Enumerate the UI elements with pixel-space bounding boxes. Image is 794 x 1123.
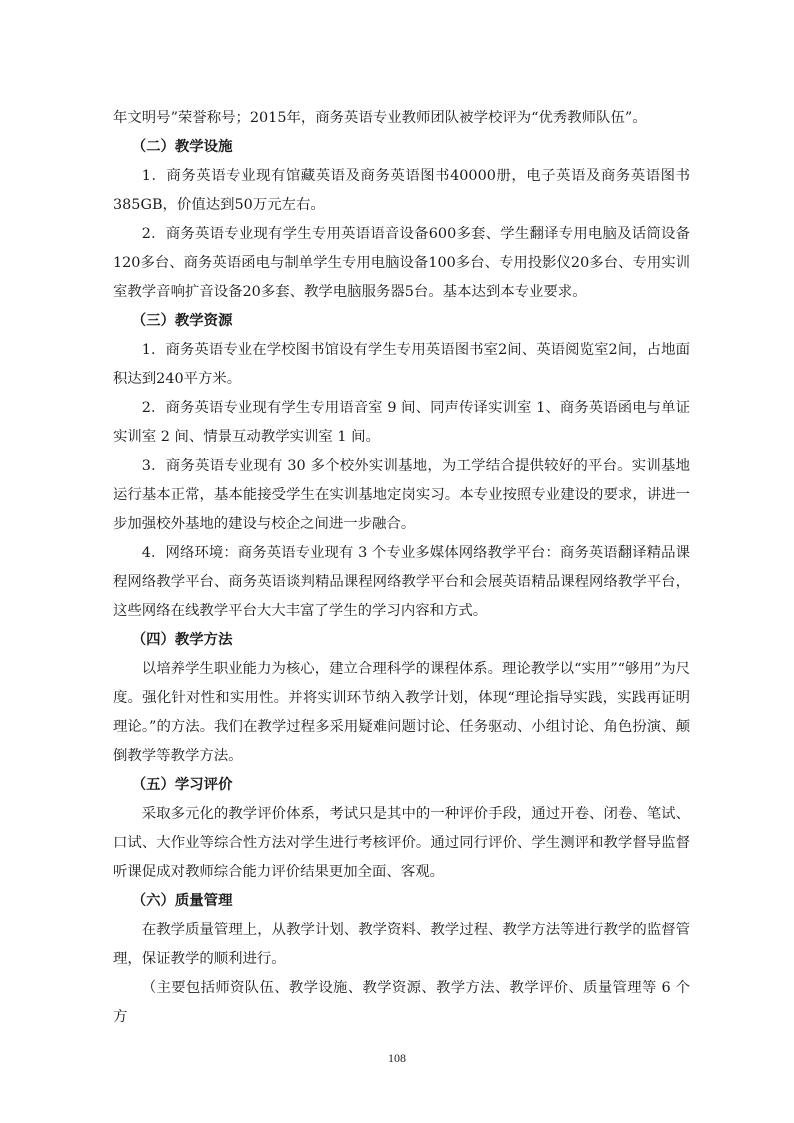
paragraph-resources-4: 4．网络环境：商务英语专业现有 3 个专业多媒体网络教学平台：商务英语翻译精品课… [113,539,690,626]
paragraph-facilities-2: 2．商务英语专业现有学生专用英语语音设备600多套、学生翻译专用电脑及话筒设备1… [113,220,690,307]
paragraph-methods: 以培养学生职业能力为核心，建立合理科学的课程体系。理论教学以“实用”“够用”为尺… [113,655,690,771]
paragraph-resources-3: 3．商务英语专业现有 30 多个校外实训基地，为工学结合提供较好的平台。实训基地… [113,452,690,539]
document-body: 年文明号”荣誉称号；2015年，商务英语专业教师团队被学校评为“优秀教师队伍”。… [113,104,690,1032]
heading-teaching-methods: （四）教学方法 [113,626,690,655]
heading-teaching-facilities: （二）教学设施 [113,133,690,162]
paragraph-evaluation: 采取多元化的教学评价体系，考试只是其中的一种评价手段，通过开卷、闭卷、笔试、口试… [113,800,690,887]
heading-teaching-resources: （三）教学资源 [113,307,690,336]
page-number: 108 [0,1051,794,1066]
paragraph-summary-note: （主要包括师资队伍、教学设施、教学资源、教学方法、教学评价、质量管理等 6 个方 [113,974,690,1032]
paragraph-honors-continuation: 年文明号”荣誉称号；2015年，商务英语专业教师团队被学校评为“优秀教师队伍”。 [113,104,690,133]
paragraph-resources-1: 1．商务英语专业在学校图书馆设有学生专用英语图书室2间、英语阅览室2间，占地面积… [113,336,690,394]
paragraph-facilities-1: 1．商务英语专业现有馆藏英语及商务英语图书40000册，电子英语及商务英语图书3… [113,162,690,220]
heading-quality-management: （六）质量管理 [113,887,690,916]
paragraph-quality-management: 在教学质量管理上，从教学计划、教学资料、教学过程、教学方法等进行教学的监督管理，… [113,916,690,974]
paragraph-resources-2: 2．商务英语专业现有学生专用语音室 9 间、同声传译实训室 1、商务英语函电与单… [113,394,690,452]
heading-learning-evaluation: （五）学习评价 [113,771,690,800]
